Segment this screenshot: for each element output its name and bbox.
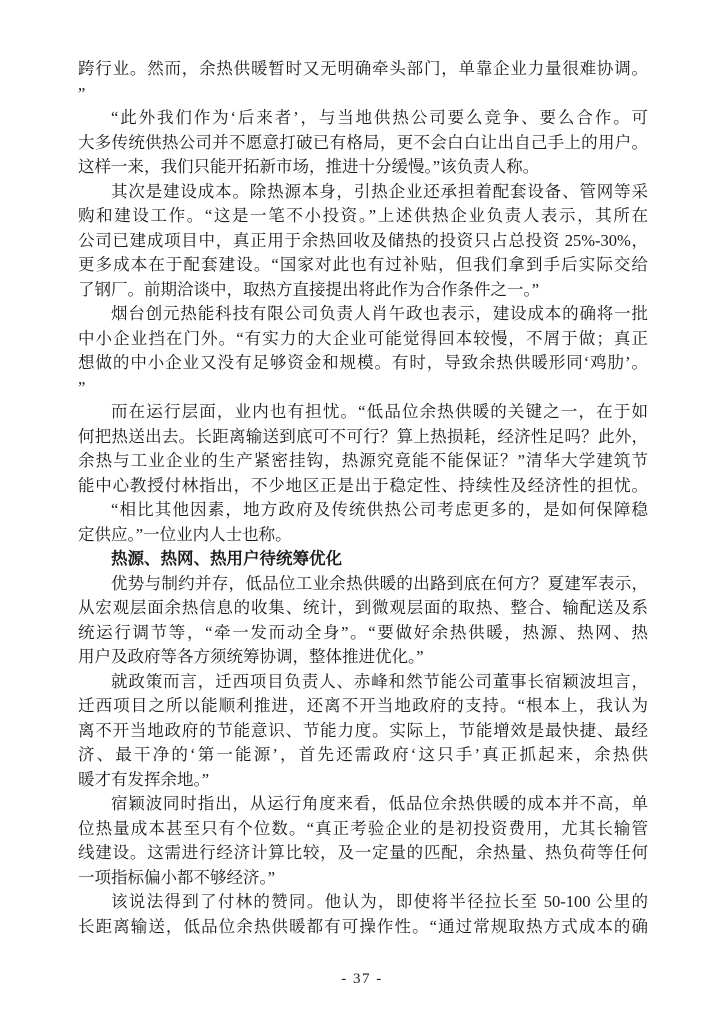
text-line: “此外我们作为‘后来者’，与当地供热公司要么竞争、要么合作。可 [78, 106, 648, 131]
paragraph: 烟台创元热能科技有限公司负责人肖午政也表示，建设成本的确将一批中小企业挡在门外。… [78, 302, 648, 400]
text-line: 中小企业挡在门外。“有实力的大企业可能觉得回本较慢，不屑于做；真正 [78, 327, 648, 352]
page-number: - 37 - [341, 971, 383, 987]
paragraph: 该说法得到了付林的赞同。他认为，即使将半径拉长至 50-100 公里的长距离输送… [78, 890, 648, 939]
text-line: 跨行业。然而，余热供暖暂时又无明确牵头部门，单靠企业力量很难协调。 [78, 57, 648, 82]
text-line: 迁西项目之所以能顺利推进，还离不开当地政府的支持。“根本上，我认为 [78, 694, 648, 719]
section-heading: 热源、热网、热用户待统筹优化 [78, 547, 648, 572]
text-line: 位热量成本甚至只有个位数。“真正考验企业的是初投资费用，尤其长输管 [78, 817, 648, 842]
text-line: 优势与制约并存，低品位工业余热供暖的出路到底在何方？夏建军表示， [78, 572, 648, 597]
text-line: 公司已建成项目中，真正用于余热回收及储热的投资只占总投资 25%-30%， [78, 229, 648, 254]
page-footer: - 37 - [0, 971, 724, 988]
text-line: 离不开当地政府的节能意识、节能力度。实际上，节能增效是最快捷、最经 [78, 719, 648, 744]
text-line: 其次是建设成本。除热源本身，引热企业还承担着配套设备、管网等采 [78, 180, 648, 205]
text-line: 用户及政府等各方须统筹协调，整体推进优化。” [78, 645, 648, 670]
text-line: 宿颖波同时指出，从运行角度来看，低品位余热供暖的成本并不高，单 [78, 792, 648, 817]
text-line: 购和建设工作。“这是一笔不小投资。”上述供热企业负责人表示，其所在 [78, 204, 648, 229]
text-line: 了钢厂。前期洽谈中，取热方直接提出将此作为合作条件之一。” [78, 278, 648, 303]
text-line: 烟台创元热能科技有限公司负责人肖午政也表示，建设成本的确将一批 [78, 302, 648, 327]
text-line: 长距离输送，低品位余热供暖都有可操作性。“通过常规取热方式成本的确 [78, 915, 648, 940]
text-block: 跨行业。然而，余热供暖暂时又无明确牵头部门，单靠企业力量很难协调。”“此外我们作… [78, 57, 648, 939]
document-page: 跨行业。然而，余热供暖暂时又无明确牵头部门，单靠企业力量很难协调。”“此外我们作… [0, 0, 724, 1024]
text-line: 线建设。这需进行经济计算比较，及一定量的匹配，余热量、热负荷等任何 [78, 841, 648, 866]
text-line: 更多成本在于配套建设。“国家对此也有过补贴，但我们拿到手后实际交给 [78, 253, 648, 278]
text-line: 能中心教授付林指出，不少地区正是出于稳定性、持续性及经济性的担忧。 [78, 474, 648, 499]
paragraph: “此外我们作为‘后来者’，与当地供热公司要么竞争、要么合作。可大多传统供热公司并… [78, 106, 648, 180]
text-line: 一项指标偏小都不够经济。” [78, 866, 648, 891]
text-line: 济、最干净的‘第一能源’，首先还需政府‘这只手’真正抓起来，余热供 [78, 743, 648, 768]
paragraph: 而在运行层面，业内也有担忧。“低品位余热供暖的关键之一，在于如何把热送出去。长距… [78, 400, 648, 498]
text-line: 定供应。”一位业内人士也称。 [78, 523, 648, 548]
text-line: 而在运行层面，业内也有担忧。“低品位余热供暖的关键之一，在于如 [78, 400, 648, 425]
text-line: 该说法得到了付林的赞同。他认为，即使将半径拉长至 50-100 公里的 [78, 890, 648, 915]
text-line: 何把热送出去。长距离输送到底可不可行？算上热损耗，经济性足吗？此外， [78, 425, 648, 450]
text-line: ” [78, 376, 648, 401]
text-line: 余热与工业企业的生产紧密挂钩，热源究竟能不能保证？”清华大学建筑节 [78, 449, 648, 474]
text-line: 大多传统供热公司并不愿意打破已有格局，更不会白白让出自己手上的用户。 [78, 131, 648, 156]
text-line: 热源、热网、热用户待统筹优化 [78, 547, 648, 572]
text-line: “相比其他因素，地方政府及传统供热公司考虑更多的，是如何保障稳 [78, 498, 648, 523]
paragraph: “相比其他因素，地方政府及传统供热公司考虑更多的，是如何保障稳定供应。”一位业内… [78, 498, 648, 547]
text-line: ” [78, 82, 648, 107]
text-line: 这样一来，我们只能开拓新市场，推进十分缓慢。”该负责人称。 [78, 155, 648, 180]
text-line: 从宏观层面余热信息的收集、统计，到微观层面的取热、整合、输配送及系 [78, 596, 648, 621]
text-line: 暖才有发挥余地。” [78, 768, 648, 793]
paragraph: 宿颖波同时指出，从运行角度来看，低品位余热供暖的成本并不高，单位热量成本甚至只有… [78, 792, 648, 890]
paragraph: 就政策而言，迁西项目负责人、赤峰和然节能公司董事长宿颖波坦言，迁西项目之所以能顺… [78, 670, 648, 793]
paragraph: 其次是建设成本。除热源本身，引热企业还承担着配套设备、管网等采购和建设工作。“这… [78, 180, 648, 303]
text-line: 统运行调节等，“牵一发而动全身”。“要做好余热供暖，热源、热网、热 [78, 621, 648, 646]
text-line: 想做的中小企业又没有足够资金和规模。有时，导致余热供暖形同‘鸡肋’。 [78, 351, 648, 376]
paragraph: 优势与制约并存，低品位工业余热供暖的出路到底在何方？夏建军表示，从宏观层面余热信… [78, 572, 648, 670]
paragraph: 跨行业。然而，余热供暖暂时又无明确牵头部门，单靠企业力量很难协调。” [78, 57, 648, 106]
text-line: 就政策而言，迁西项目负责人、赤峰和然节能公司董事长宿颖波坦言， [78, 670, 648, 695]
